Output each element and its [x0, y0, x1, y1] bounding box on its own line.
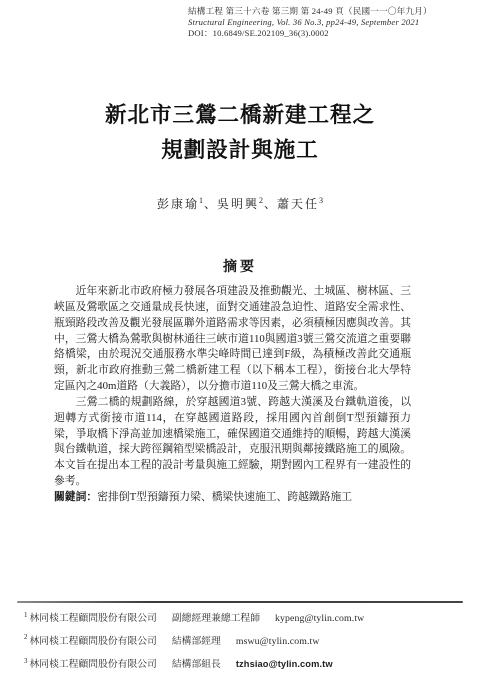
- author-separator: 、: [264, 197, 276, 211]
- author-1: 彭康瑜1: [157, 197, 203, 211]
- author-2-name: 吳明興: [217, 197, 259, 211]
- doi-line: DOI：10.6849/SE.202109_36(3).0002: [188, 28, 473, 39]
- footnotes: 1林同棪工程顧問股份有限公司副總經理兼總工程師kypeng@tylin.com.…: [24, 612, 469, 680]
- abstract-paragraph-2: 三鶯二橋的規劃路線，於穿越國道3號、跨越大漢溪及台鐵軌道後，以迴轉方式銜接市道1…: [54, 395, 411, 490]
- paper-title-line2: 規劃設計與施工: [0, 133, 480, 168]
- footnote-2: 2林同棪工程顧問股份有限公司結構部經理mswu@tylin.com.tw: [24, 635, 469, 649]
- footnote-2-jobtitle: 結構部經理: [172, 636, 221, 647]
- footnote-1-superscript: 1: [24, 611, 28, 619]
- footnote-1-affiliation: 林同棪工程顧問股份有限公司: [30, 613, 157, 624]
- paper-page: 結構工程 第三十六卷 第三期 第 24-49 頁（民國一一〇年九月） Struc…: [0, 0, 480, 680]
- author-2: 吳明興2: [217, 197, 263, 211]
- abstract-paragraph-1: 近年來新北市政府極力發展各項建設及推動觀光、土城區、樹林區、三峽區及鶯歌區之交通…: [54, 284, 411, 395]
- footnote-1-email: kypeng@tylin.com.tw: [275, 613, 364, 624]
- footnote-1-jobtitle: 副總經理兼總工程師: [172, 613, 260, 624]
- paper-title-line1: 新北市三鶯二橋新建工程之: [0, 98, 480, 133]
- keywords-line: 關鍵詞：密排倒T型預鑄預力梁、橋梁快速施工、跨越鐵路施工: [54, 490, 411, 506]
- footnote-1: 1林同棪工程顧問股份有限公司副總經理兼總工程師kypeng@tylin.com.…: [24, 612, 469, 626]
- footnote-divider: [17, 601, 463, 603]
- footnote-2-superscript: 2: [24, 633, 28, 641]
- keywords-label: 關鍵詞：: [54, 491, 97, 503]
- footnote-3-jobtitle: 結構部組長: [172, 659, 221, 670]
- author-line: 彭康瑜1、吳明興2、蕭天任3: [0, 195, 480, 212]
- footnote-3-email: tzhsiao@tylin.com.tw: [236, 659, 333, 669]
- abstract-heading: 摘要: [0, 256, 480, 276]
- author-1-name: 彭康瑜: [157, 197, 199, 211]
- journal-citation-zh: 結構工程 第三十六卷 第三期 第 24-49 頁（民國一一〇年九月）: [188, 6, 473, 17]
- author-3: 蕭天任3: [277, 197, 323, 211]
- footnote-3: 3林同棪工程顧問股份有限公司結構部組長tzhsiao@tylin.com.tw: [24, 657, 469, 672]
- footnote-3-affiliation: 林同棪工程顧問股份有限公司: [30, 659, 157, 670]
- footnote-2-email: mswu@tylin.com.tw: [236, 636, 320, 647]
- journal-citation-en: Structural Engineering, Vol. 36 No.3, pp…: [188, 17, 473, 28]
- author-2-superscript: 2: [259, 196, 263, 205]
- footnote-3-superscript: 3: [24, 657, 28, 665]
- keywords-text: 密排倒T型預鑄預力梁、橋梁快速施工、跨越鐵路施工: [97, 491, 352, 503]
- author-3-name: 蕭天任: [277, 197, 319, 211]
- journal-header: 結構工程 第三十六卷 第三期 第 24-49 頁（民國一一〇年九月） Struc…: [188, 6, 473, 40]
- abstract-body: 近年來新北市政府極力發展各項建設及推動觀光、土城區、樹林區、三峽區及鶯歌區之交通…: [54, 284, 411, 506]
- author-separator: 、: [204, 197, 216, 211]
- footnote-2-affiliation: 林同棪工程顧問股份有限公司: [30, 636, 157, 647]
- paper-title: 新北市三鶯二橋新建工程之 規劃設計與施工: [0, 98, 480, 168]
- author-1-superscript: 1: [199, 196, 203, 205]
- author-3-superscript: 3: [319, 196, 323, 205]
